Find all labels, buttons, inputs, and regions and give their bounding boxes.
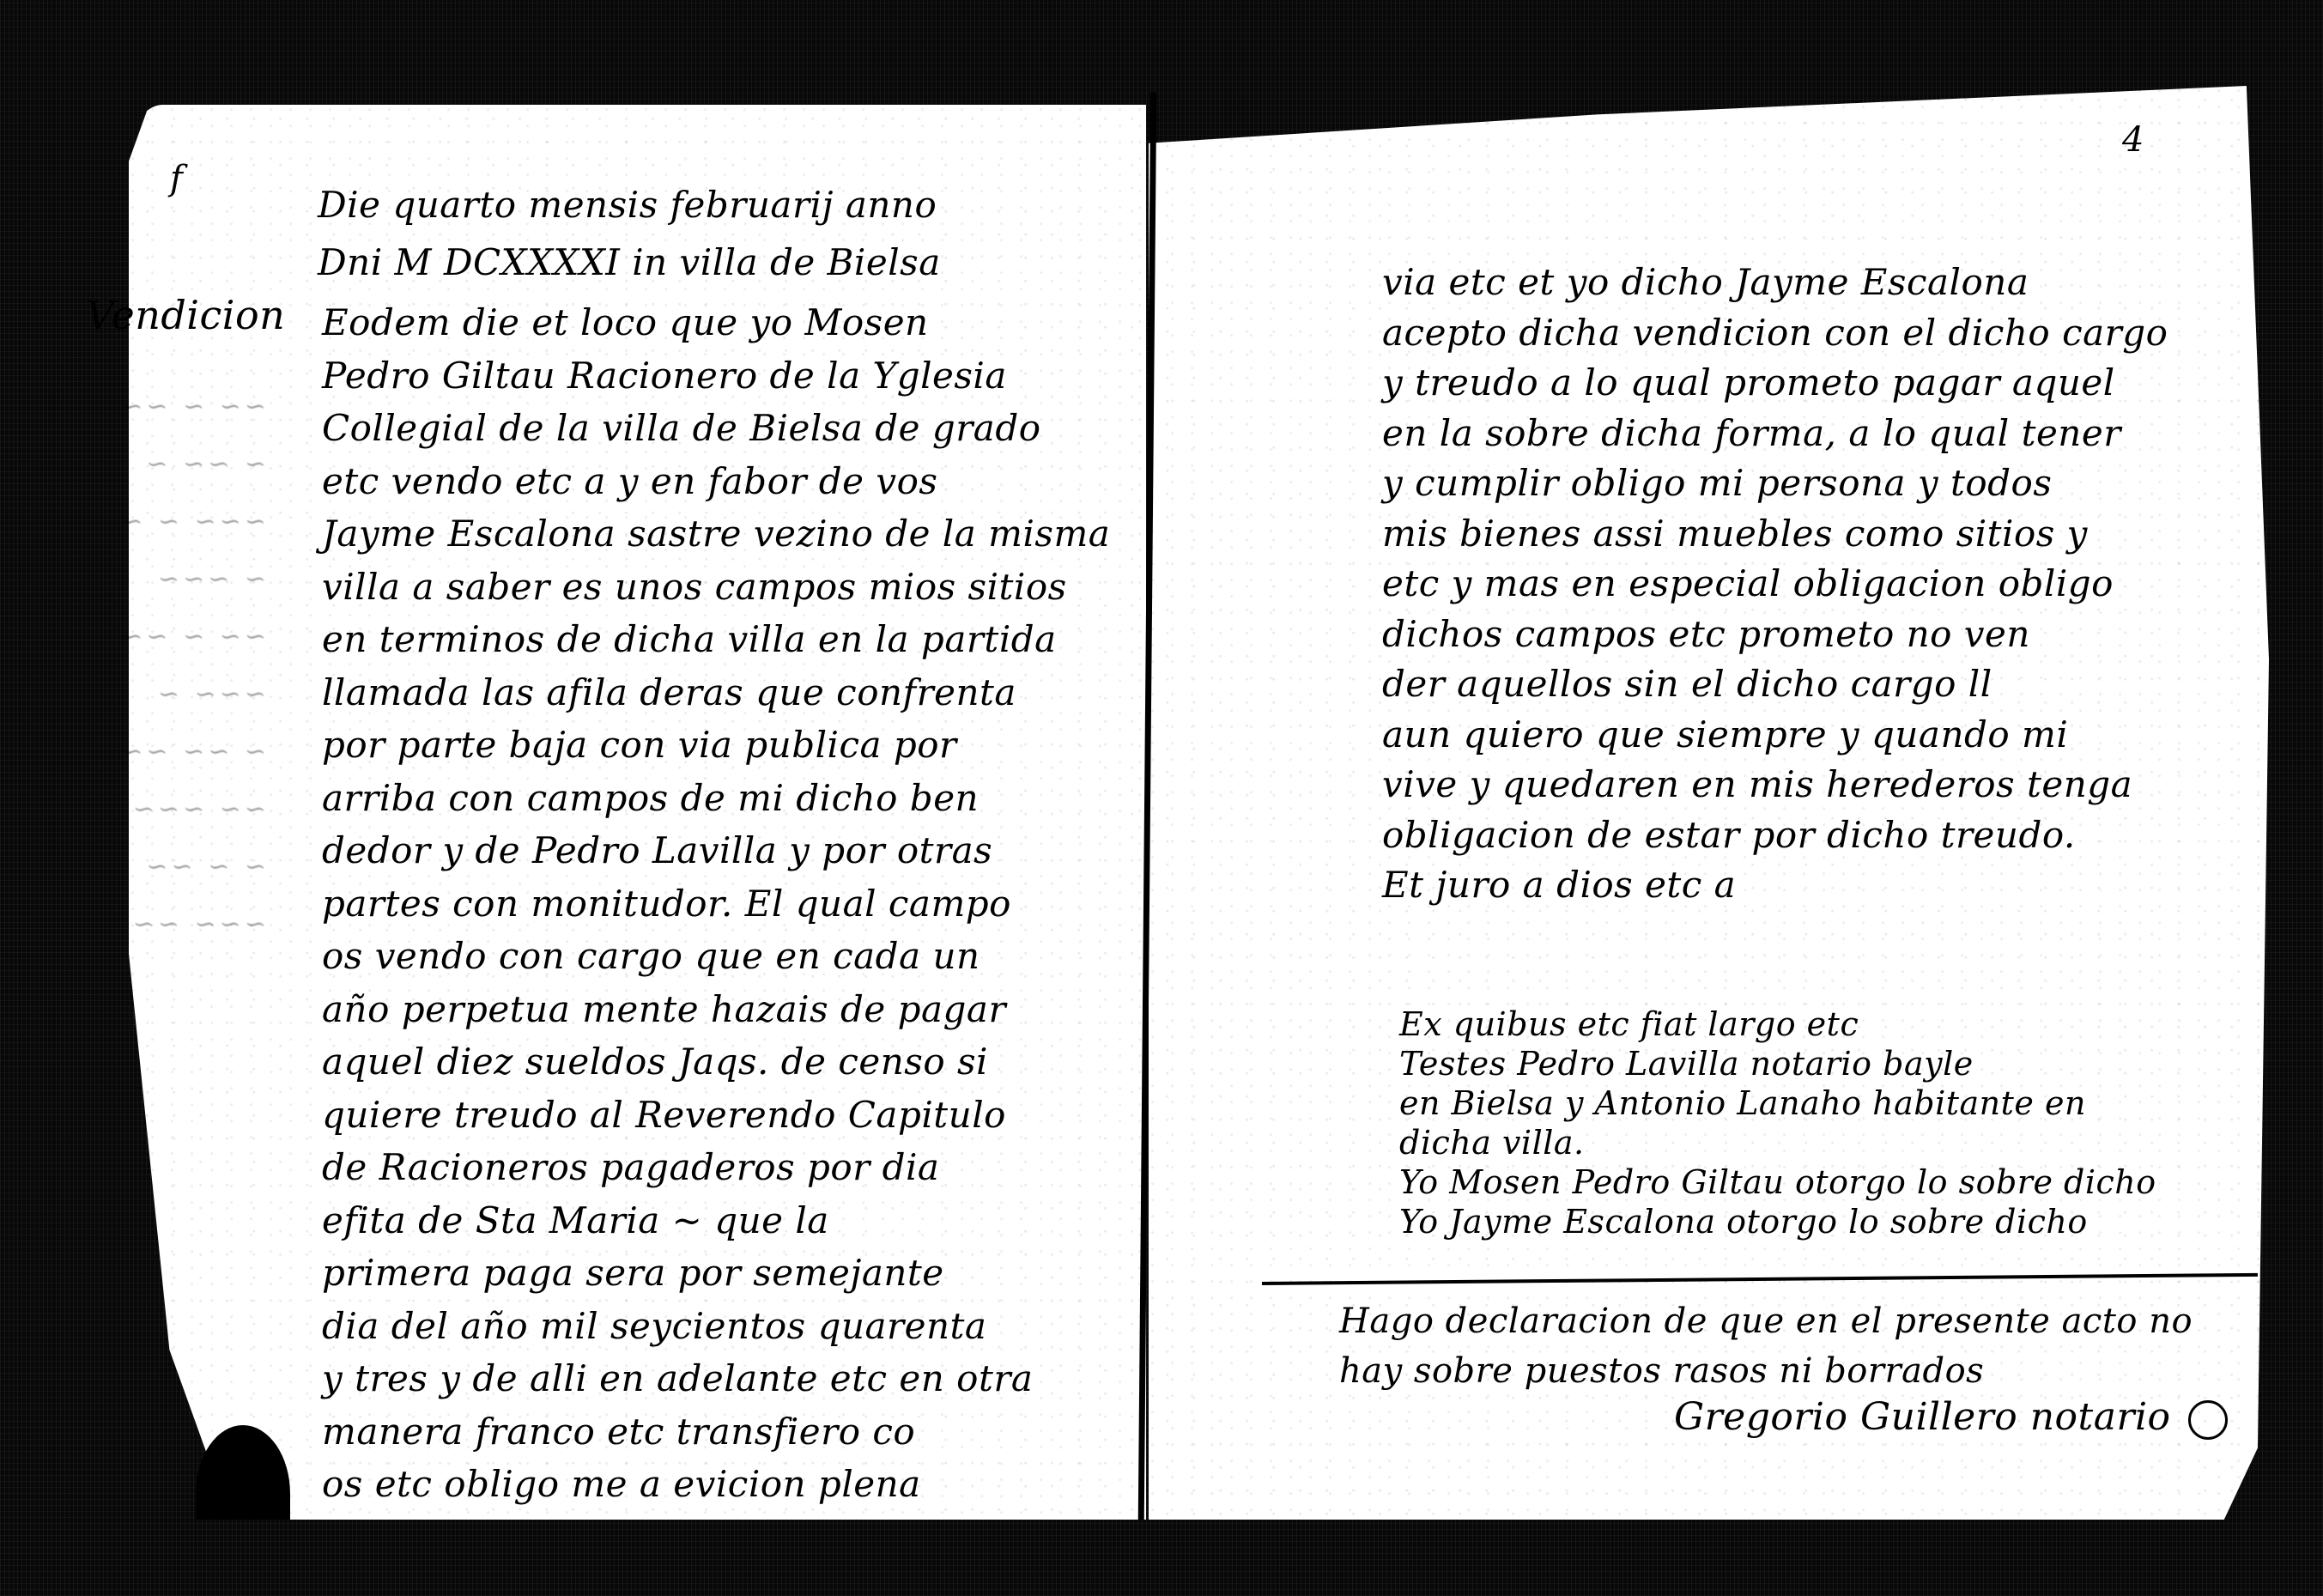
text-line: aquel diez sueldos Jaqs. de censo si: [322, 1035, 1110, 1089]
attestation-line: Yo Jayme Escalona otorgo lo sobre dicho: [1399, 1202, 2156, 1241]
text-line: aun quiero que siempre y quando mi: [1382, 710, 2168, 761]
attestation-block: Ex quibus etc fiat largo etc Testes Pedr…: [1399, 1004, 2156, 1241]
text-line: vive y quedaren en mis herederos tenga: [1382, 760, 2168, 810]
text-line: y cumplir obligo mi persona y todos: [1382, 458, 2168, 509]
text-line: os vendo con cargo que en cada un: [322, 930, 1110, 983]
text-line: en la sobre dicha forma, a lo qual tener: [1382, 409, 2168, 459]
text-line: dichos campos etc prometo no ven: [1382, 610, 2168, 660]
left-folio-mark: f: [170, 159, 183, 198]
text-line: Jayme Escalona sastre vezino de la misma: [322, 507, 1110, 561]
text-line: etc y mas en especial obligacion obligo: [1382, 559, 2168, 610]
notary-note: Hago declaracion de que en el presente a…: [1339, 1296, 2193, 1396]
text-line: primera paga sera por semejante: [322, 1247, 1110, 1300]
text-line: de Racioneros pagaderos por dia: [322, 1141, 1110, 1194]
right-folio-number: 4: [2122, 120, 2144, 160]
text-line: por parte baja con via publica por: [322, 719, 1110, 772]
text-line: Collegial de la villa de Bielsa de grado: [322, 402, 1110, 455]
heading-line: Die quarto mensis februarij anno: [318, 176, 941, 234]
left-heading: Die quarto mensis februarij anno Dni M D…: [318, 176, 941, 291]
left-body: Eodem die et loco que yo Mosen Pedro Gil…: [322, 296, 1110, 1511]
margin-note: Vendicion: [86, 292, 285, 338]
signature-text: Gregorio Guillero notario: [1674, 1395, 2171, 1439]
text-line: os etc obligo me a evicion plena: [322, 1458, 1110, 1511]
text-line: dedor y de Pedro Lavilla y por otras: [322, 824, 1110, 877]
text-line: Et juro a dios etc a: [1382, 860, 2168, 911]
attestation-line: en Bielsa y Antonio Lanaho habitante en: [1399, 1083, 2156, 1123]
text-line: partes con monitudor. El qual campo: [322, 877, 1110, 931]
text-line: via etc et yo dicho Jayme Escalona: [1382, 258, 2168, 308]
text-line: der aquellos sin el dicho cargo ll: [1382, 659, 2168, 710]
text-line: mis bienes assi muebles como sitios y: [1382, 509, 2168, 560]
text-line: dia del año mil seycientos quarenta: [322, 1300, 1110, 1353]
text-line: efita de Sta Maria ~ que la: [322, 1194, 1110, 1247]
text-line: y tres y de alli en adelante etc en otra: [322, 1352, 1110, 1405]
text-line: obligacion de estar por dicho treudo.: [1382, 810, 2168, 861]
text-line: quiere treudo al Reverendo Capitulo: [322, 1089, 1110, 1142]
text-line: en terminos de dicha villa en la partida: [322, 613, 1110, 666]
text-line: acepto dicha vendicion con el dicho carg…: [1382, 308, 2168, 359]
text-line: manera franco etc transfiero co: [322, 1405, 1110, 1459]
attestation-line: Ex quibus etc fiat largo etc: [1399, 1004, 2156, 1044]
text-line: arriba con campos de mi dicho ben: [322, 772, 1110, 825]
text-line: Pedro Giltau Racionero de la Yglesia: [322, 349, 1110, 403]
bleed-through-text: ~~ ~ ~~ ~ ~~ ~ ~~~ ~ ~ ~ ~~~ ~~ ~ ~~ ~~~…: [69, 378, 266, 953]
text-line: etc vendo etc a y en fabor de vos: [322, 455, 1110, 508]
heading-line: Dni M DCXXXXI in villa de Bielsa: [318, 234, 941, 291]
note-line: hay sobre puestos rasos ni borrados: [1339, 1346, 2193, 1396]
note-line: Hago declaracion de que en el presente a…: [1339, 1296, 2193, 1346]
text-line: villa a saber es unos campos mios sitios: [322, 561, 1110, 614]
text-line: llamada las afila deras que confrenta: [322, 666, 1110, 719]
attestation-line: Yo Mosen Pedro Giltau otorgo lo sobre di…: [1399, 1162, 2156, 1202]
attestation-line: dicha villa.: [1399, 1123, 2156, 1162]
text-line: Eodem die et loco que yo Mosen: [322, 296, 1110, 349]
right-body: via etc et yo dicho Jayme Escalona acept…: [1382, 258, 2168, 911]
notary-signature: Gregorio Guillero notario: [1674, 1395, 2228, 1440]
text-line: año perpetua mente hazais de pagar: [322, 983, 1110, 1036]
text-line: y treudo a lo qual prometo pagar aquel: [1382, 358, 2168, 409]
attestation-line: Testes Pedro Lavilla notario bayle: [1399, 1044, 2156, 1083]
notary-seal-icon: [2188, 1400, 2228, 1440]
